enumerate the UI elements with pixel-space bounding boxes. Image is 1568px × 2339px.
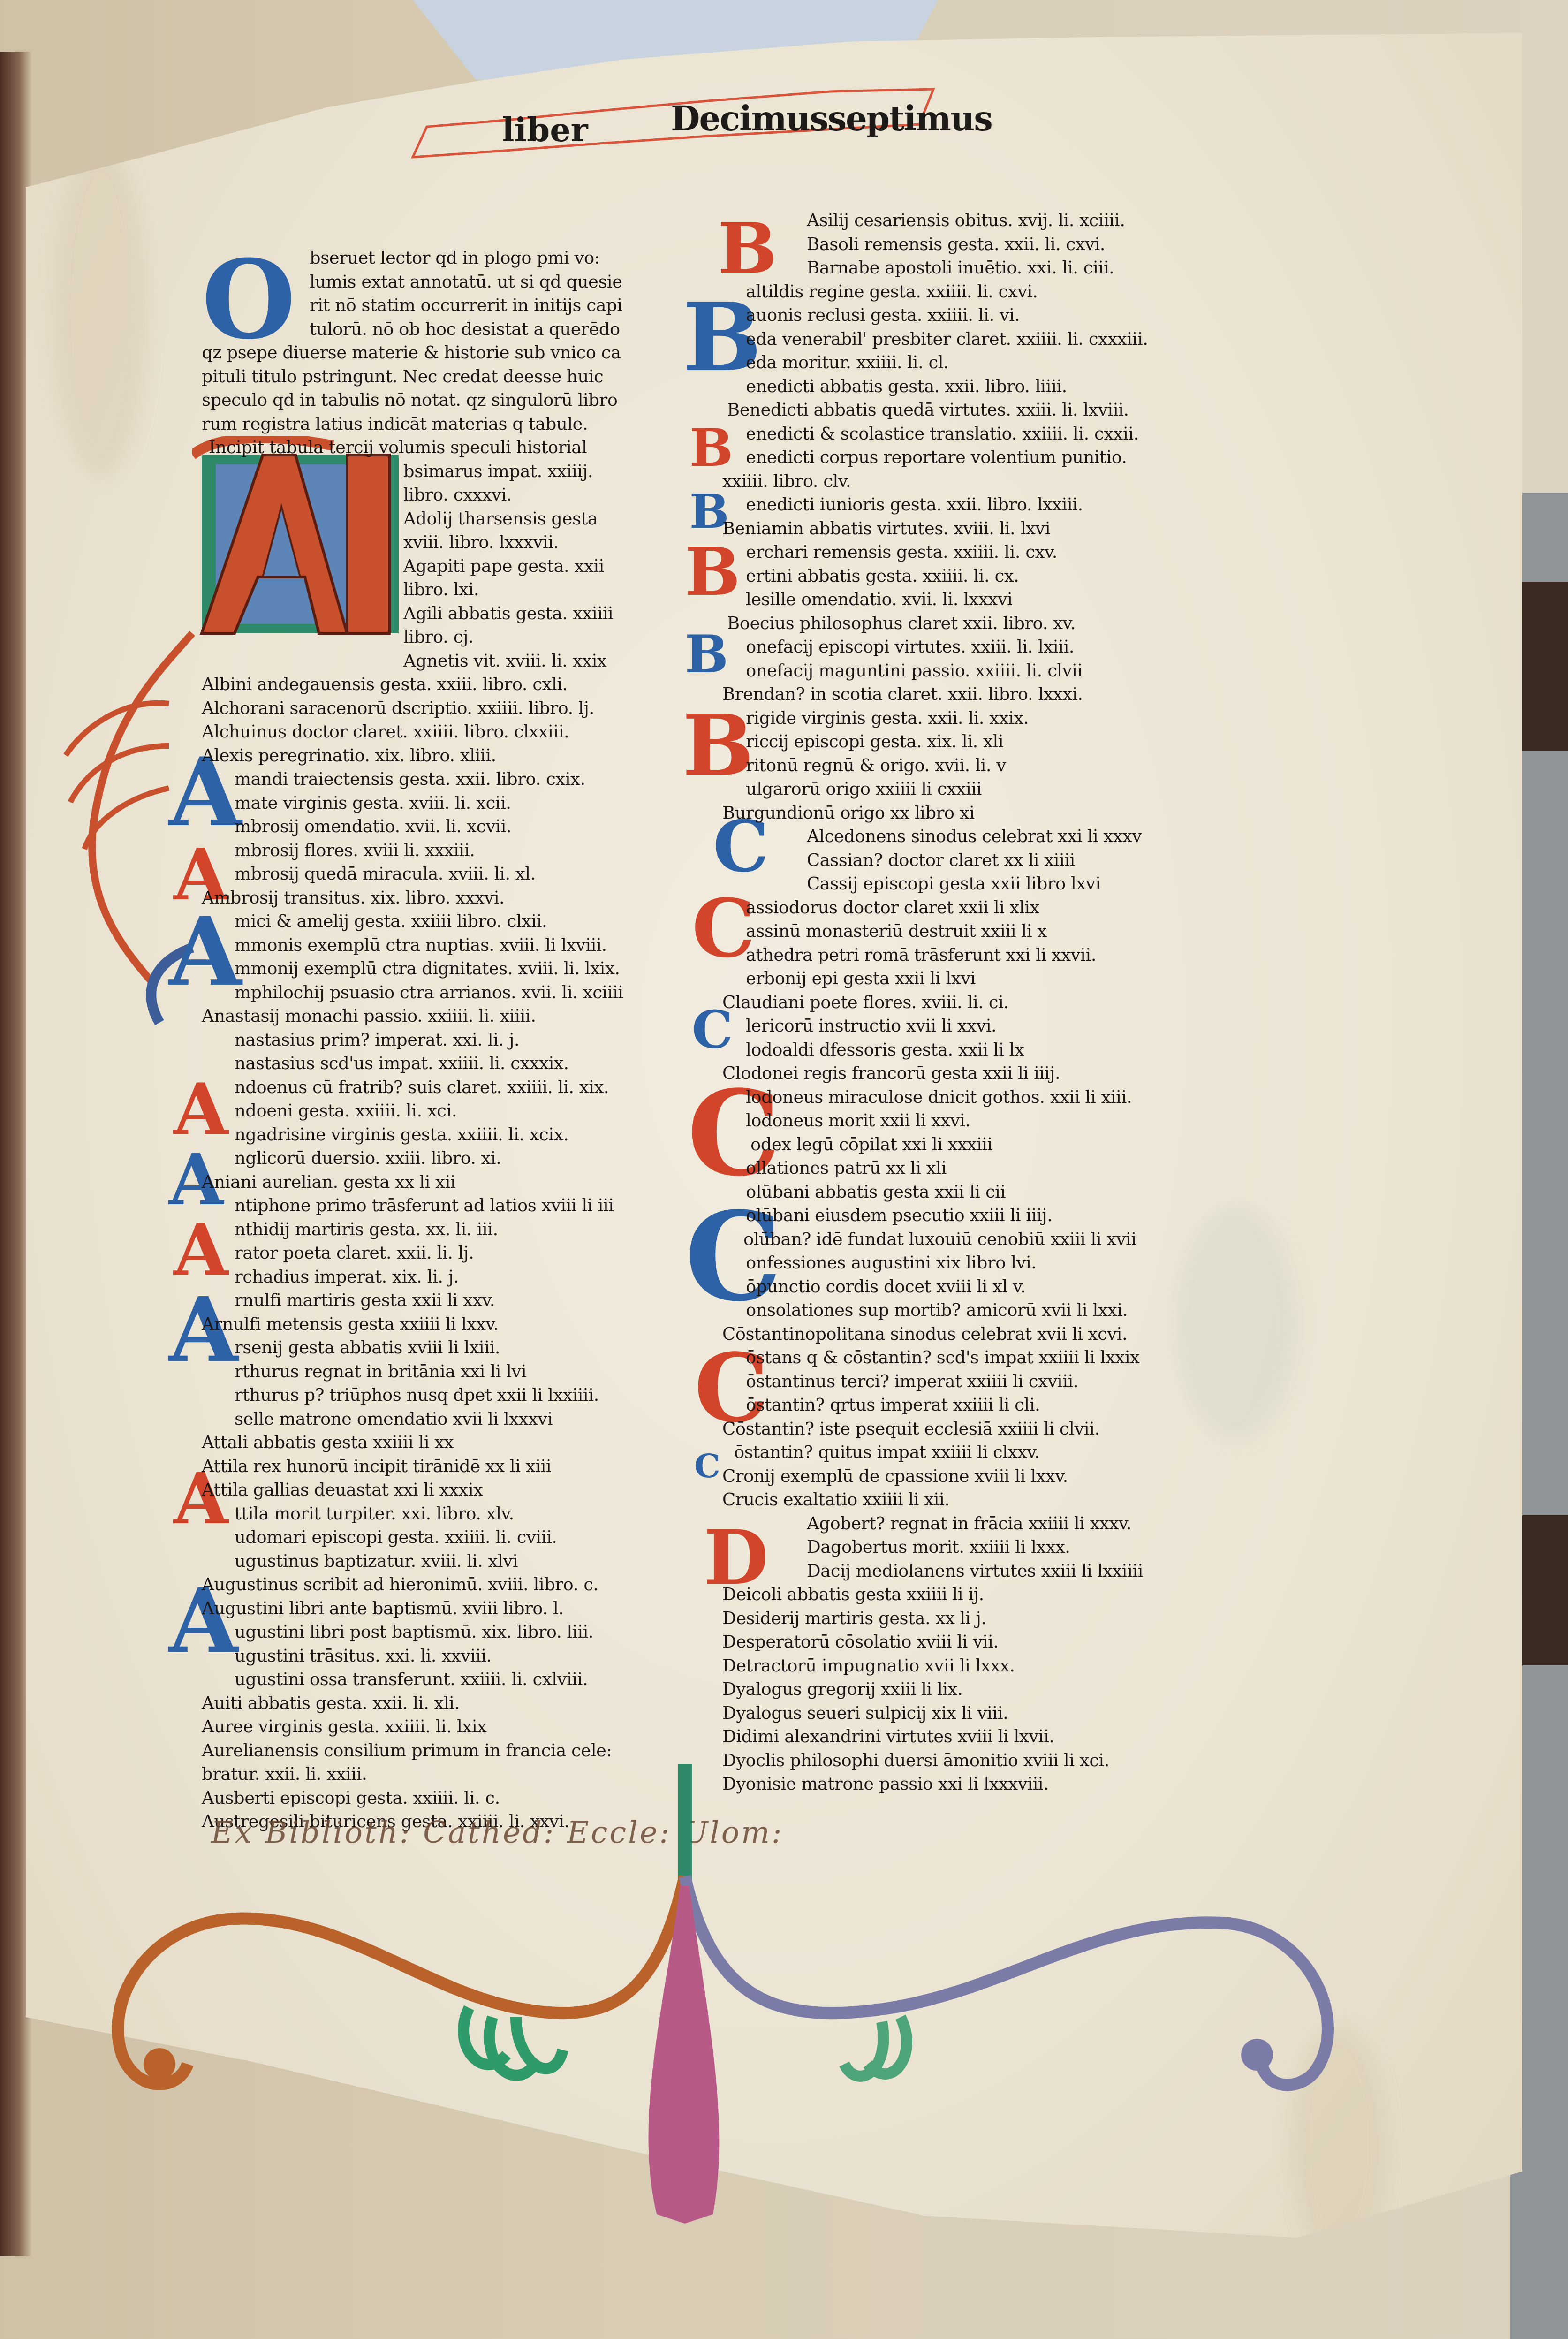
toc-entry: Didimi alexandrini virtutes xviii li lxv…: [722, 1725, 1224, 1749]
toc-entry: xxiiii. libro. clv.: [722, 470, 1224, 494]
toc-entry: Boecius philosophus claret xxii. libro. …: [727, 612, 1224, 636]
toc-entry: auonis reclusi gesta. xxiiii. li. vi.: [746, 304, 1224, 327]
right-column: Asilij cesariensis obitus. xvij. li. xci…: [718, 209, 1224, 1796]
toc-entry: rator poeta claret. xxii. li. lj.: [235, 1241, 652, 1265]
toc-entry: assiodorus doctor claret xxii li xlix: [746, 896, 1224, 920]
toc-entry: Alchuinus doctor claret. xxiiii. libro. …: [202, 720, 652, 744]
toc-entry: enedicti abbatis gesta. xxii. libro. lii…: [746, 375, 1224, 399]
toc-entry: bsimarus impat. xxiiij.: [403, 460, 652, 484]
toc-entry: nastasius scd'us impat. xxiiii. li. cxxx…: [235, 1052, 652, 1076]
left-column: bseruet lector qd in plogo pmi vo: lumis…: [183, 246, 652, 1834]
toc-entry: altildis regine gesta. xxiiii. li. cxvi.: [746, 280, 1224, 304]
toc-entry: nastasius prim? imperat. xxi. li. j.: [235, 1028, 652, 1052]
toc-entry: nglicorū duersio. xxiii. libro. xi.: [235, 1147, 652, 1170]
toc-entry: olūbani eiusdem psecutio xxiii li iiij.: [746, 1204, 1224, 1228]
running-head-right: Decimusseptimus: [671, 99, 992, 138]
toc-entry: erchari remensis gesta. xxiiii. li. cxv.: [746, 540, 1224, 564]
toc-entry: onefacij episcopi virtutes. xxiii. li. l…: [746, 635, 1224, 659]
toc-entry: selle matrone omendatio xvii li lxxxvi: [235, 1407, 652, 1431]
toc-entry: ritonū regnū & origo. xvii. li. v: [746, 754, 1224, 778]
toc-entry: Cronij exemplū de cpassione xviii li lxx…: [722, 1465, 1224, 1488]
toc-entry: Agapiti pape gesta. xxii: [403, 554, 652, 578]
toc-entry: Agnetis vit. xviii. li. xxix: [403, 649, 652, 673]
toc-entry: ntiphone primo trāsferunt ad latios xvii…: [235, 1194, 652, 1218]
toc-entry: Asilij cesariensis obitus. xvij. li. xci…: [807, 209, 1224, 233]
toc-entry: mbrosij omendatio. xvii. li. xcvii.: [235, 815, 652, 839]
preface-indented: bseruet lector qd in plogo pmi vo: lumis…: [310, 246, 652, 341]
toc-entry: ōstantinus terci? imperat xxiiii li cxvi…: [746, 1370, 1224, 1394]
toc-entry: Attila rex hunorū incipit tirānidē xx li…: [202, 1455, 652, 1479]
toc-entry: Clodonei regis francorū gesta xxii li ii…: [722, 1062, 1224, 1086]
preface-line: pituli titulo pstringunt. Nec credat dee…: [202, 365, 652, 389]
acanthus-border-decoration-icon: [94, 1764, 1360, 2233]
toc-entry: Crucis exaltatio xxiiii li xii.: [722, 1488, 1224, 1512]
toc-entry: ulgarorū origo xxiiii li cxxiii: [746, 777, 1224, 801]
toc-entry: lodoaldi dfessoris gesta. xxii li lx: [746, 1038, 1224, 1062]
toc-entry: Cassian? doctor claret xx li xiiii: [807, 849, 1224, 873]
preface-line: lumis extat annotatū. ut si qd quesie: [310, 270, 652, 294]
toc-entry: Dagobertus morit. xxiiii li lxxx.: [807, 1535, 1224, 1559]
toc-entry: Alchorani saracenorū dscriptio. xxiiii. …: [202, 697, 652, 721]
toc-entry: Aniani aurelian. gesta xx li xii: [202, 1170, 652, 1194]
running-head-banner: liber Decimusseptimus: [408, 84, 999, 159]
toc-entry: Claudiani poete flores. xviii. li. ci.: [722, 991, 1224, 1015]
toc-entry: xviii. libro. lxxxvii.: [403, 531, 652, 554]
toc-entry: onsolationes sup mortib? amicorū xvii li…: [746, 1299, 1224, 1322]
toc-entry: Dyalogus seueri sulpicij xix li viii.: [722, 1701, 1224, 1725]
toc-entry: enedicti corpus reportare volentium puni…: [746, 446, 1224, 470]
incipit-line: Incipit tabula tercij volumis speculi hi…: [209, 436, 652, 460]
toc-entry: mbrosij flores. xviii li. xxxiii.: [235, 839, 652, 863]
toc-entry: lericorū instructio xvii li xxvi.: [746, 1014, 1224, 1038]
toc-entry: Detractorū impugnatio xvii li lxxx.: [722, 1654, 1224, 1678]
toc-entry: enedicti iunioris gesta. xxii. libro. lx…: [746, 493, 1224, 517]
toc-entry: mandi traiectensis gesta. xxii. libro. c…: [235, 767, 652, 791]
toc-entry: Alexis peregrinatio. xix. libro. xliii.: [202, 744, 652, 768]
toc-entry: libro. cj.: [403, 625, 652, 649]
toc-entry: ollationes patrū xx li xli: [746, 1156, 1224, 1180]
toc-entry: Cassij episcopi gesta xxii libro lxvi: [807, 872, 1224, 896]
toc-entry: onfessiones augustini xix libro lvi.: [746, 1251, 1224, 1275]
toc-entry: riccij episcopi gesta. xix. li. xli: [746, 730, 1224, 754]
entries-indented: Asilij cesariensis obitus. xvij. li. xci…: [807, 209, 1224, 280]
toc-entry: ugustini ossa transferunt. xxiiii. li. c…: [235, 1668, 652, 1692]
toc-entry: Desperatorū cōsolatio xviii li vii.: [722, 1630, 1224, 1654]
toc-entry: ōstans q & cōstantin? scd's impat xxiiii…: [746, 1346, 1224, 1370]
toc-entry: Anastasij monachi passio. xxiiii. li. xi…: [202, 1004, 652, 1028]
toc-entry: rsenij gesta abbatis xviii li lxiii.: [235, 1336, 652, 1360]
toc-entry: Cōstantin? iste psequit ecclesiā xxiiii …: [722, 1417, 1224, 1441]
preface-line: rit nō statim occurrerit in initijs capi: [310, 294, 652, 318]
toc-entry: rthurus regnat in britānia xxi li lvi: [235, 1360, 652, 1384]
running-head-left: liber: [502, 110, 588, 149]
toc-entry: mmonij exemplū ctra dignitates. xviii. l…: [235, 957, 652, 981]
preface-line: rum registra latius indicāt materias q t…: [202, 412, 652, 436]
toc-entry: Agili abbatis gesta. xxiiii: [403, 602, 652, 626]
toc-entry: Cōstantinopolitana sinodus celebrat xvii…: [722, 1322, 1224, 1346]
toc-entry: odex legū cōpilat xxi li xxxiii: [750, 1133, 1224, 1157]
toc-entry: nthidij martiris gesta. xx. li. iii.: [235, 1218, 652, 1242]
toc-entry: assinū monasteriū destruit xxiii li x: [746, 919, 1224, 943]
toc-entry: Dyalogus gregorij xxiii li lix.: [722, 1678, 1224, 1701]
toc-entry: Benedicti abbatis quedā virtutes. xxiii.…: [727, 398, 1224, 422]
toc-entry: Brendan? in scotia claret. xxii. libro. …: [722, 683, 1224, 706]
toc-entry: mmonis exemplū ctra nuptias. xviii. li l…: [235, 934, 652, 957]
toc-entry: Basoli remensis gesta. xxii. li. cxvi.: [807, 233, 1224, 257]
toc-entry: Barnabe apostoli inuētio. xxi. li. ciii.: [807, 256, 1224, 280]
toc-entry: Deicoli abbatis gesta xxiiii li ij.: [722, 1583, 1224, 1607]
toc-entry: ndoenus cū fratrib? suis claret. xxiiii.…: [235, 1076, 652, 1100]
toc-entry: mici & amelij gesta. xxiiii libro. clxii…: [235, 910, 652, 934]
toc-entry: olūbani abbatis gesta xxii li cii: [746, 1180, 1224, 1204]
toc-entry: onefacij maguntini passio. xxiiii. li. c…: [746, 659, 1224, 683]
toc-entry: libro. lxi.: [403, 578, 652, 602]
toc-entry: Auiti abbatis gesta. xxii. li. xli.: [202, 1692, 652, 1716]
toc-entry: mphilochij psuasio ctra arrianos. xvii. …: [235, 981, 652, 1005]
toc-entry: Attila gallias deuastat xxi li xxxix: [202, 1478, 652, 1502]
toc-entry: mbrosij quedā miracula. xviii. li. xl.: [235, 862, 652, 886]
toc-entry: rthurus p? triūphos nusq dpet xxii li lx…: [235, 1383, 652, 1407]
toc-entry: Attali abbatis gesta xxiiii li xx: [202, 1431, 652, 1455]
preface-line: tulorū. nō ob hoc desistat a querēdo: [310, 318, 652, 342]
preface-line: qz psepe diuerse materie & historie sub …: [202, 341, 652, 365]
toc-entry: enedicti & scolastice translatio. xxiiii…: [746, 422, 1224, 446]
toc-entry: olūban? idē fundat luxouiū cenobiū xxiii…: [743, 1228, 1224, 1252]
toc-entry: ndoeni gesta. xxiiii. li. xci.: [235, 1099, 652, 1123]
initial-c-blue: C: [694, 1450, 720, 1482]
toc-entry: mate virginis gesta. xviii. li. xcii.: [235, 791, 652, 815]
toc-entry: Burgundionū origo xx libro xi: [722, 801, 1224, 825]
toc-entry: ugustini libri post baptismū. xix. libro…: [235, 1620, 652, 1644]
toc-entry: eda venerabil' presbiter claret. xxiiii.…: [746, 327, 1224, 351]
toc-entry: ugustini trāsitus. xxi. li. xxviii.: [235, 1644, 652, 1668]
toc-entry: athedra petri romā trāsferunt xxi li xxv…: [746, 943, 1224, 967]
toc-entry: Auree virginis gesta. xxiiii. li. lxix: [202, 1715, 652, 1739]
entries-beside-illumination: bsimarus impat. xxiiij. libro. cxxxvi. A…: [403, 460, 652, 673]
toc-entry: lodoneus morit xxii li xxvi.: [746, 1109, 1224, 1133]
toc-entry: lesille omendatio. xvii. li. lxxxvi: [746, 588, 1224, 612]
toc-entry: ertini abbatis gesta. xxiiii. li. cx.: [746, 564, 1224, 588]
toc-entry: Albini andegauensis gesta. xxiii. libro.…: [202, 673, 652, 697]
preface-line: speculo qd in tabulis nō notat. qz singu…: [202, 388, 652, 412]
toc-entry: Adolij tharsensis gesta: [403, 507, 652, 531]
entries-list: Albini andegauensis gesta. xxiii. libro.…: [202, 673, 652, 1834]
entries-indented: Agobert? regnat in frācia xxiiii li xxxv…: [807, 1512, 1224, 1583]
toc-entry: erbonij epi gesta xxii li lxvi: [746, 967, 1224, 991]
toc-entry: ōstantin? quitus impat xxiiii li clxxv.: [734, 1441, 1224, 1465]
toc-entry: Desiderij martiris gesta. xx li j.: [722, 1607, 1224, 1631]
toc-entry: Alcedonens sinodus celebrat xxi li xxxv: [807, 825, 1224, 849]
toc-entry: ngadrisine virginis gesta. xxiiii. li. x…: [235, 1123, 652, 1147]
preface-line: bseruet lector qd in plogo pmi vo:: [310, 246, 652, 270]
toc-entry: rnulfi martiris gesta xxii li xxv.: [235, 1289, 652, 1313]
toc-entry: Augustinus scribit ad hieronimū. xviii. …: [202, 1573, 652, 1597]
toc-entry: Dacij mediolanens virtutes xxiii li lxxi…: [807, 1559, 1224, 1583]
toc-entry: rchadius imperat. xix. li. j.: [235, 1265, 652, 1289]
toc-entry: Aurelianensis consilium primum in franci…: [202, 1739, 652, 1763]
toc-entry: rigide virginis gesta. xxii. li. xxix.: [746, 706, 1224, 730]
toc-entry: lodoneus miraculose dnicit gothos. xxii …: [746, 1086, 1224, 1109]
toc-entry: ōpunctio cordis docet xviii li xl v.: [746, 1275, 1224, 1299]
toc-entry: libro. cxxxvi.: [403, 483, 652, 507]
toc-entry: eda moritur. xxiiii. li. cl.: [746, 351, 1224, 375]
toc-entry: ōstantin? qrtus imperat xxiiii li cli.: [746, 1393, 1224, 1417]
toc-entry: ugustinus baptizatur. xviii. li. xlvi: [235, 1549, 652, 1573]
toc-entry: Ambrosij transitus. xix. libro. xxxvi.: [202, 886, 652, 910]
toc-entry: udomari episcopi gesta. xxiiii. li. cvii…: [235, 1526, 652, 1549]
toc-entry: Arnulfi metensis gesta xxiiii li lxxv.: [202, 1313, 652, 1337]
toc-entry: Augustini libri ante baptismū. xviii lib…: [202, 1597, 652, 1621]
toc-entry: Agobert? regnat in frācia xxiiii li xxxv…: [807, 1512, 1224, 1536]
toc-entry: Beniamin abbatis virtutes. xviii. li. lx…: [722, 517, 1224, 541]
toc-entry: ttila morit turpiter. xxi. libro. xlv.: [235, 1502, 652, 1526]
entries-indented: Alcedonens sinodus celebrat xxi li xxxv …: [807, 825, 1224, 896]
